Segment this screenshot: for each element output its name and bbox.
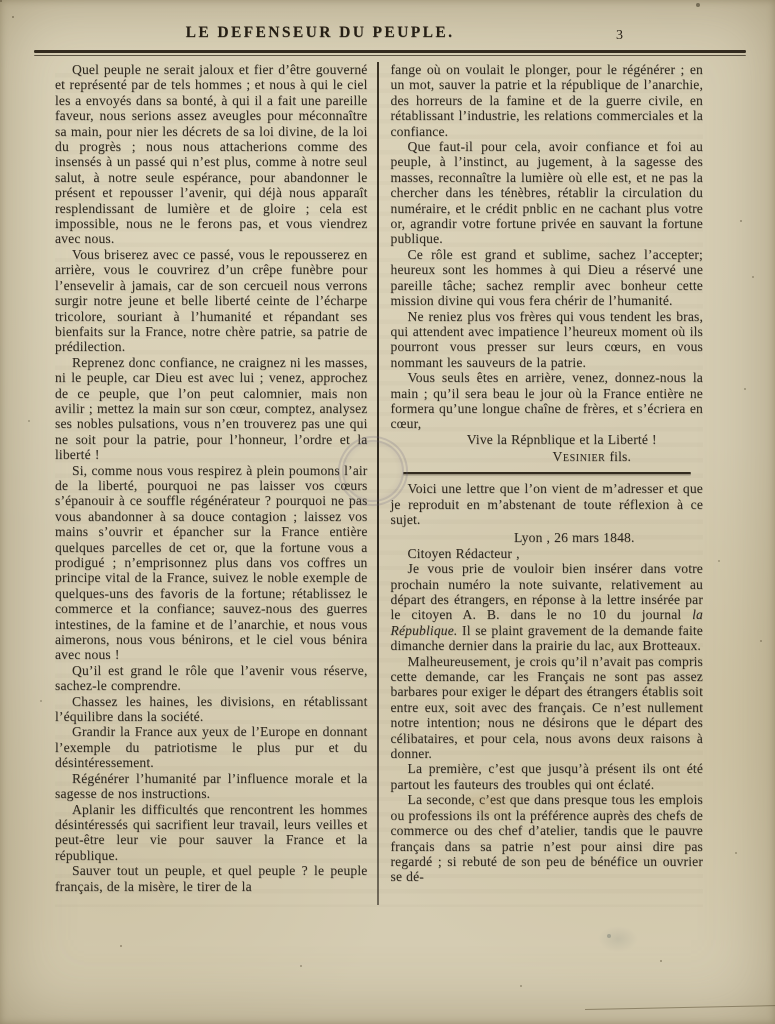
crease-line (585, 1005, 775, 1010)
paragraph: Aplanir les difficultés que rencontrent … (55, 802, 368, 864)
header-rule-thick (34, 50, 746, 53)
signature-suffix: fils. (605, 449, 631, 464)
letter-paragraph: La seconde, c’est que dans presque tous … (391, 792, 704, 884)
paragraph: Chassez les haines, les divisions, en ré… (55, 694, 368, 725)
paragraph: Si, comme nous vous respirez à plein pou… (55, 463, 368, 663)
paragraph: Sauver tout un peuple, et quel peuple ? … (55, 863, 368, 894)
right-column: fange où on voulait le plonger, pour le … (391, 62, 704, 907)
letter-paragraph: Malheureusement, je crois qu’il n’avait … (391, 654, 704, 762)
paragraph: Vous seuls êtes en arrière, venez, donne… (391, 370, 704, 432)
section-divider-rule (403, 472, 691, 475)
paragraph: Reprenez donc confiance, ne craignez ni … (55, 355, 368, 463)
letter-intro: Voici une lettre que l’on vient de m’adr… (391, 481, 704, 527)
header-rule (34, 50, 746, 56)
newspaper-page: LE DEFENSEUR DU PEUPLE. 3 Quel peuple ne… (0, 0, 775, 1024)
paragraph: Régénérer l’humanité par l’influence mor… (55, 771, 368, 802)
foxing-stain (448, 788, 526, 822)
paragraph: Quel peuple ne serait jaloux et fier d’ê… (55, 62, 368, 247)
paragraph: Vous briserez avec ce passé, vous le rep… (55, 247, 368, 355)
foxing-stain (598, 926, 638, 952)
paragraph: Ce rôle est grand et sublime, sachez l’a… (391, 247, 704, 309)
paragraph-continuation: fange où on voulait le plonger, pour le … (391, 62, 704, 139)
signature-name: Vesinier (552, 449, 605, 464)
page-number: 3 (616, 28, 623, 44)
letter-paragraph: La première, c’est que jusqu’à présent i… (391, 761, 704, 792)
paragraph: Grandir la France aux yeux de l’Europe e… (55, 724, 368, 770)
paragraph: Qu’il est grand le rôle que l’avenir vou… (55, 663, 368, 694)
cheer-line: Vive la Répnblique et la Liberté ! (391, 432, 704, 447)
masthead-title: LE DEFENSEUR DU PEUPLE. (55, 24, 585, 42)
letter-body-pre: Je vous prie de vouloir bien insérer dan… (391, 561, 704, 622)
foxing-stain (588, 636, 630, 656)
header-rule-thin (34, 55, 746, 56)
paper-specks (0, 0, 2, 2)
letter-paragraph: Je vous prie de vouloir bien insérer dan… (391, 561, 704, 653)
paragraph: Que faut-il pour cela, avoir confiance e… (391, 139, 704, 247)
letter-salutation: Citoyen Rédacteur , (391, 546, 704, 561)
left-column: Quel peuple ne serait jaloux et fier d’ê… (55, 62, 368, 907)
letter-dateline: Lyon , 26 mars 1848. (391, 530, 704, 545)
paragraph: Ne reniez plus vos frères qui vous tende… (391, 309, 704, 371)
signature-line: Vesinier fils. (391, 449, 704, 464)
